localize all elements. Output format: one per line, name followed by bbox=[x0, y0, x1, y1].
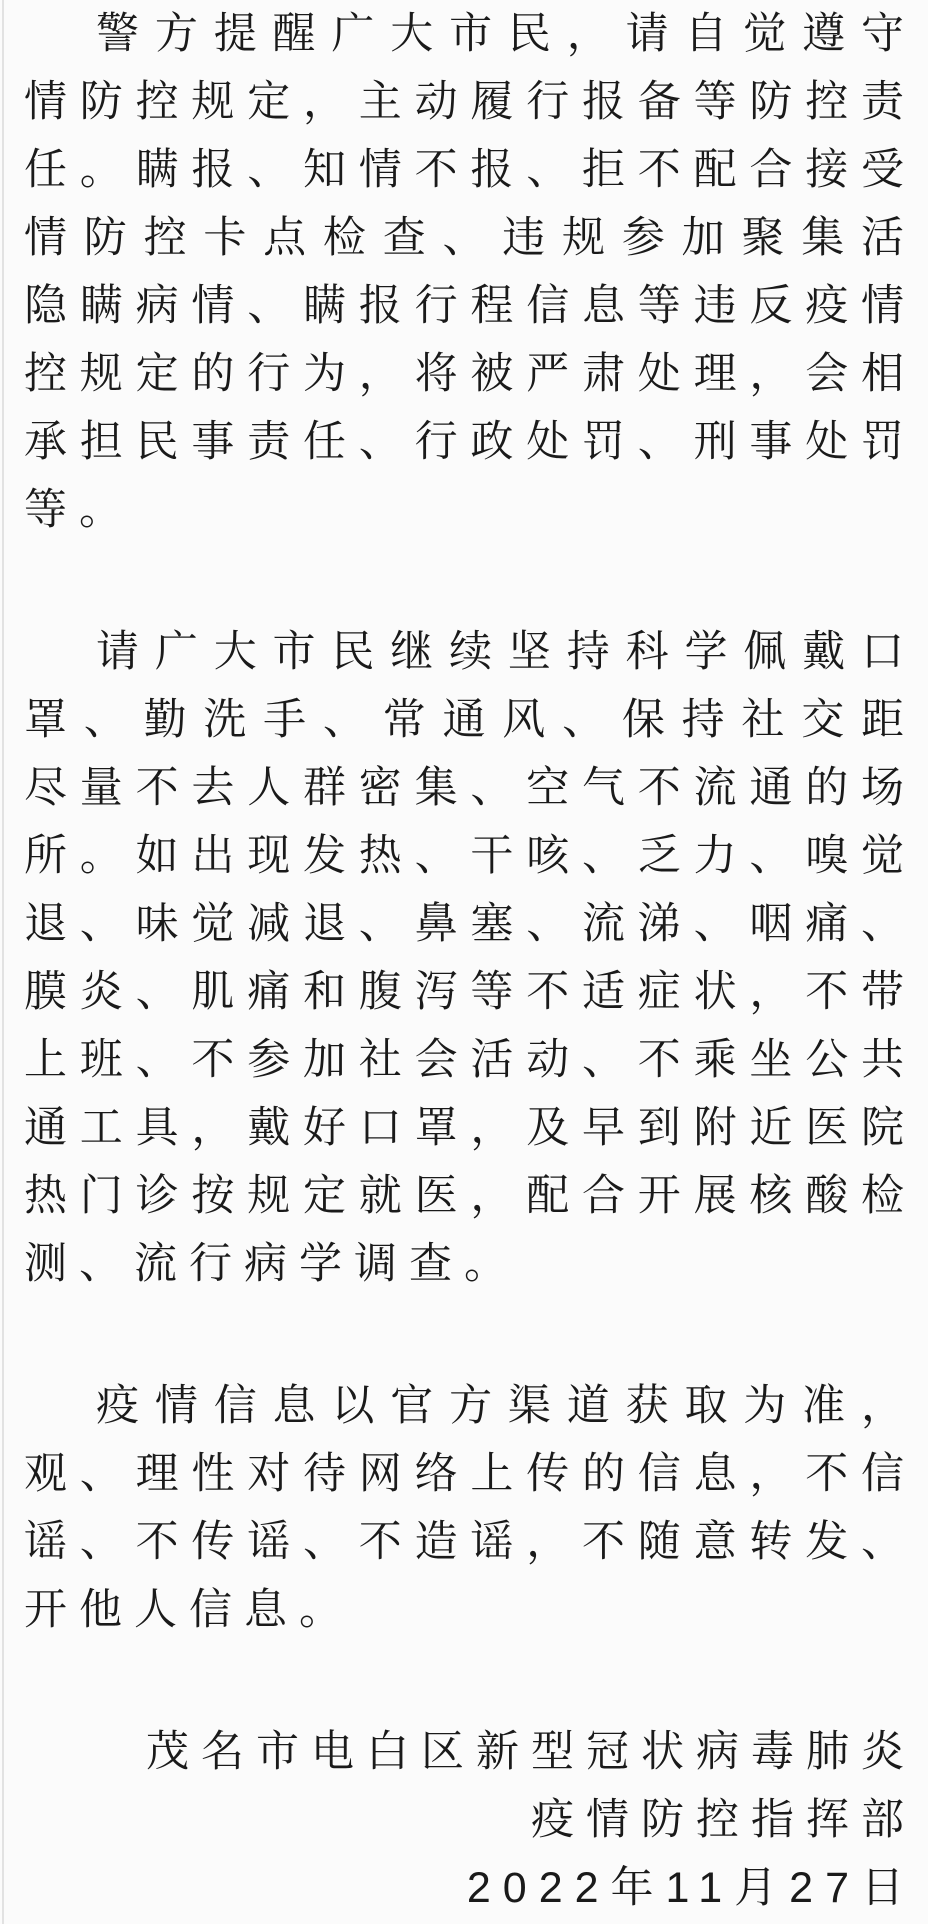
text-line: 控规定的行为，将被严肃处理，会相应 bbox=[24, 340, 916, 408]
text-line: 开他人信息。 bbox=[24, 1576, 916, 1644]
signature-org-line-2: 疫情防控指挥部 bbox=[24, 1786, 916, 1854]
paragraph: 警方提醒广大市民，请自觉遵守疫情防控规定，主动履行报备等防控责任。瞒报、知情不报… bbox=[24, 0, 916, 544]
signature-block: 茂名市电白区新型冠状病毒肺炎 疫情防控指挥部 2022年11月27日 bbox=[24, 1718, 916, 1922]
text-line: 上班、不参加社会活动、不乘坐公共交 bbox=[24, 1026, 916, 1094]
text-line: 任。瞒报、知情不报、拒不配合接受疫 bbox=[24, 136, 916, 204]
text-line: 疫情信息以官方渠道获取为准，客 bbox=[24, 1372, 916, 1440]
text-line: 情防控卡点检查、违规参加聚集活动、 bbox=[24, 204, 916, 272]
text-line: 承担民事责任、行政处罚、刑事处罚 bbox=[24, 408, 916, 476]
notice-body: 警方提醒广大市民，请自觉遵守疫情防控规定，主动履行报备等防控责任。瞒报、知情不报… bbox=[24, 0, 916, 1644]
text-line: 谣、不传谣、不造谣，不随意转发、公 bbox=[24, 1508, 916, 1576]
text-line: 热门诊按规定就医，配合开展核酸检 bbox=[24, 1162, 916, 1230]
signature-org-line-1: 茂名市电白区新型冠状病毒肺炎 bbox=[24, 1718, 916, 1786]
notice-content: 警方提醒广大市民，请自觉遵守疫情防控规定，主动履行报备等防控责任。瞒报、知情不报… bbox=[0, 0, 928, 1924]
text-line: 通工具，戴好口罩，及早到附近医院发 bbox=[24, 1094, 916, 1162]
paragraph: 疫情信息以官方渠道获取为准，客观、理性对待网络上传的信息，不信谣、不传谣、不造谣… bbox=[24, 1372, 916, 1644]
text-line: 警方提醒广大市民，请自觉遵守疫 bbox=[24, 0, 916, 68]
text-line: 尽量不去人群密集、空气不流通的场 bbox=[24, 754, 916, 822]
text-line: 测、流行病学调查。 bbox=[24, 1230, 916, 1298]
text-line: 观、理性对待网络上传的信息，不信 bbox=[24, 1440, 916, 1508]
notice-page: 警方提醒广大市民，请自觉遵守疫情防控规定，主动履行报备等防控责任。瞒报、知情不报… bbox=[0, 0, 928, 1924]
text-line: 隐瞒病情、瞒报行程信息等违反疫情防 bbox=[24, 272, 916, 340]
text-line: 膜炎、肌痛和腹泻等不适症状，不带病 bbox=[24, 958, 916, 1026]
text-line: 请广大市民继续坚持科学佩戴口 bbox=[24, 618, 916, 686]
text-line: 罩、勤洗手、常通风、保持社交距离， bbox=[24, 686, 916, 754]
text-line: 退、味觉减退、鼻塞、流涕、咽痛、结 bbox=[24, 890, 916, 958]
paragraph: 请广大市民继续坚持科学佩戴口罩、勤洗手、常通风、保持社交距离，尽量不去人群密集、… bbox=[24, 618, 916, 1298]
text-line: 情防控规定，主动履行报备等防控责 bbox=[24, 68, 916, 136]
text-line: 等。 bbox=[24, 476, 916, 544]
text-line: 所。如出现发热、干咳、乏力、嗅觉减 bbox=[24, 822, 916, 890]
signature-date: 2022年11月27日 bbox=[24, 1854, 916, 1922]
